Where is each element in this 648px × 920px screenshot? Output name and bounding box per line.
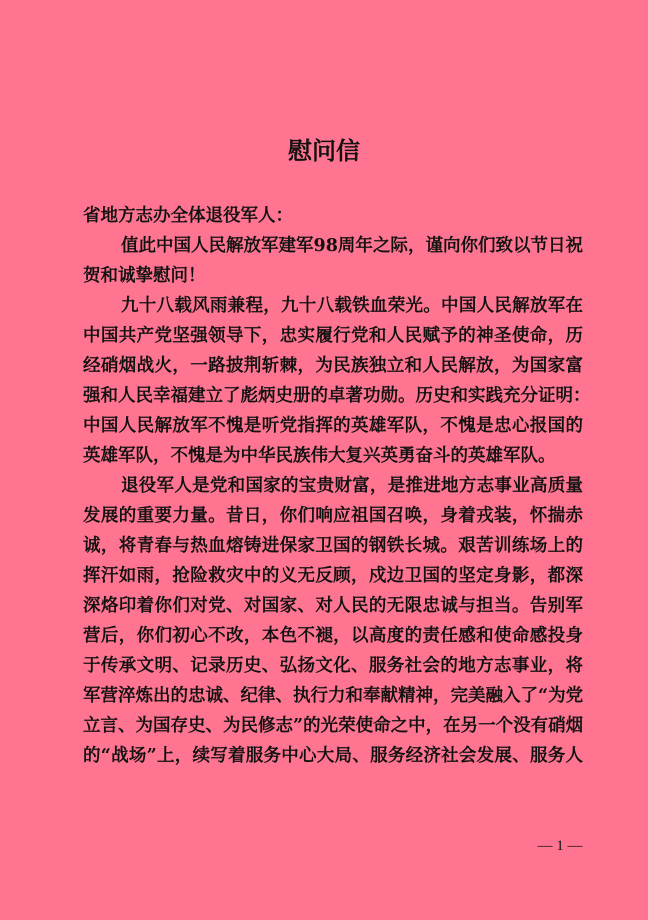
letter-body: 省地方志办全体退役军人： 值此中国人民解放军建军98周年之际，谨向你们致以节日祝… [83,201,583,771]
salutation: 省地方志办全体退役军人： [83,201,583,231]
paragraph-2-line: 中国共产党坚强领导下，忠实履行党和人民赋予的神圣使命，历 [83,321,583,351]
paragraph-3-line: 于传承文明、记录历史、弘扬文化、服务社会的地方志事业，将 [83,651,583,681]
paragraph-3-line: 挥汗如雨，抢险救灾中的义无反顾，戍边卫国的坚定身影，都深 [83,561,583,591]
paragraph-2-line: 中国人民解放军不愧是听党指挥的英雄军队，不愧是忠心报国的 [83,411,583,441]
paragraph-3-line: 军营淬炼出的忠诚、纪律、执行力和奉献精神，完美融入了“为党 [83,681,583,711]
document-page: 慰问信 省地方志办全体退役军人： 值此中国人民解放军建军98周年之际，谨向你们致… [0,0,648,920]
page-number: — 1 — [530,838,590,855]
paragraph-3-line: 诚，将青春与热血熔铸进保家卫国的钢铁长城。艰苦训练场上的 [83,531,583,561]
paragraph-3-line: 营后，你们初心不改，本色不褪，以高度的责任感和使命感投身 [83,621,583,651]
paragraph-3-line: 退役军人是党和国家的宝贵财富，是推进地方志事业高质量 [83,471,583,501]
paragraph-1-line: 贺和诚挚慰问！ [83,261,583,291]
paragraph-3-line: 的“战场”上，续写着服务中心大局、服务经济社会发展、服务人 [83,741,583,771]
paragraph-2-line: 英雄军队，不愧是为中华民族伟大复兴英勇奋斗的英雄军队。 [83,441,583,471]
paragraph-2-line: 经硝烟战火，一路披荆斩棘，为民族独立和人民解放，为国家富 [83,351,583,381]
paragraph-3-line: 发展的重要力量。昔日，你们响应祖国召唤，身着戎装，怀揣赤 [83,501,583,531]
paragraph-1-line: 值此中国人民解放军建军98周年之际，谨向你们致以节日祝 [83,231,583,261]
paragraph-2-line: 九十八载风雨兼程，九十八载铁血荣光。中国人民解放军在 [83,291,583,321]
paragraph-2-line: 强和人民幸福建立了彪炳史册的卓著功勋。历史和实践充分证明： [83,381,583,411]
document-title: 慰问信 [0,134,648,168]
paragraph-3-line: 深烙印着你们对党、对国家、对人民的无限忠诚与担当。告别军 [83,591,583,621]
paragraph-3-line: 立言、为国存史、为民修志”的光荣使命之中，在另一个没有硝烟 [83,711,583,741]
